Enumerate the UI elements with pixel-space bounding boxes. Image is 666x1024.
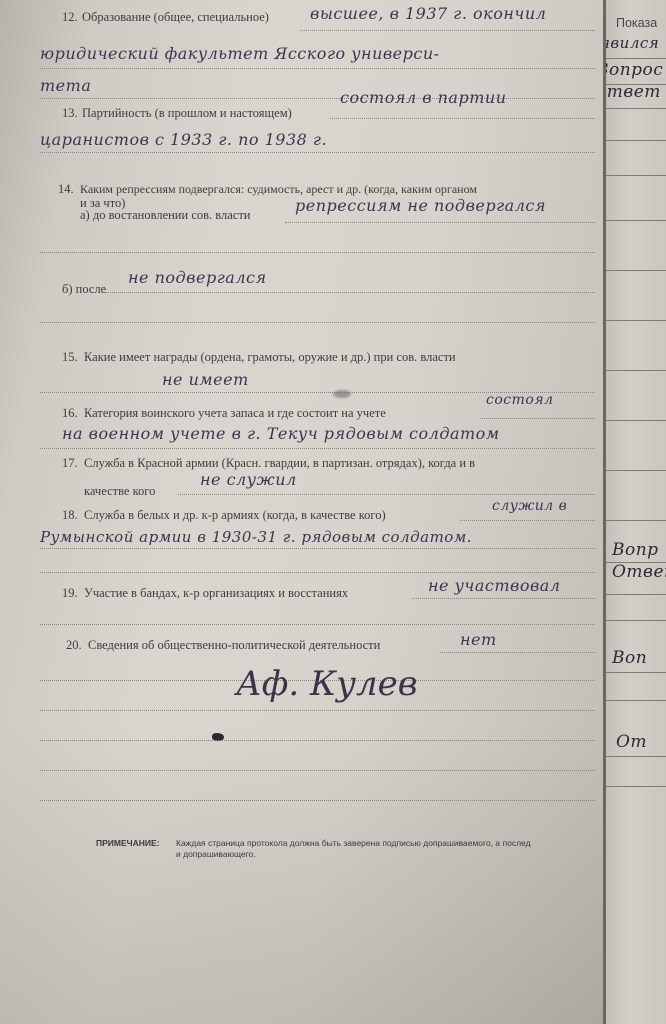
answer-rule bbox=[40, 572, 595, 573]
answer-rule bbox=[178, 494, 595, 495]
right-rule bbox=[606, 594, 666, 595]
ink-smudge bbox=[333, 390, 351, 398]
answer-rule bbox=[40, 624, 595, 625]
answer-rule bbox=[40, 740, 595, 741]
item-13-answer-2: царанистов с 1933 г. по 1938 г. bbox=[40, 130, 327, 149]
item-14-number: 14. bbox=[58, 182, 74, 197]
answer-rule bbox=[440, 652, 595, 653]
item-14-sub-b: б) после bbox=[62, 282, 106, 297]
item-16-number: 16. bbox=[62, 406, 78, 421]
answer-rule bbox=[285, 222, 595, 223]
item-13-answer-1: состоял в партии bbox=[340, 88, 507, 107]
right-rule bbox=[606, 220, 666, 221]
right-rule bbox=[606, 270, 666, 271]
item-19-answer: не участвовал bbox=[428, 576, 560, 595]
left-page: 12. Образование (общее, специальное) выс… bbox=[0, 0, 606, 1024]
answer-rule bbox=[412, 598, 595, 599]
item-12-label: Образование (общее, специальное) bbox=[82, 10, 269, 25]
item-17-answer: не служил bbox=[200, 470, 297, 489]
answer-rule bbox=[40, 68, 595, 69]
right-hand-2: Вопрос bbox=[606, 60, 663, 80]
item-15-number: 15. bbox=[62, 350, 78, 365]
item-18-label: Служба в белых и др. к-р армиях (когда, … bbox=[84, 508, 386, 523]
answer-rule bbox=[40, 800, 595, 801]
item-18-answer-1: служил в bbox=[492, 498, 567, 514]
right-page: Показа явился Вопрос ответ Вопр Ответ Во… bbox=[606, 0, 666, 1024]
right-hand-5: Ответ bbox=[612, 562, 666, 582]
item-12-answer-3: тета bbox=[40, 76, 91, 95]
item-15-answer: не имеет bbox=[162, 370, 249, 389]
ink-blot bbox=[212, 733, 224, 741]
item-18-answer-2: Румынской армии в 1930-31 г. рядовым сол… bbox=[40, 528, 472, 546]
right-page-header: Показа bbox=[616, 16, 657, 30]
signature: Аф. Кулев bbox=[236, 664, 418, 704]
item-12-number: 12. bbox=[62, 10, 78, 25]
item-17-label-cont: качестве кого bbox=[84, 484, 155, 499]
answer-rule bbox=[480, 418, 595, 419]
answer-rule bbox=[40, 98, 595, 99]
answer-rule bbox=[40, 322, 595, 323]
answer-rule bbox=[40, 770, 595, 771]
item-13-label: Партийность (в прошлом и настоящем) bbox=[82, 106, 292, 121]
right-rule bbox=[606, 786, 666, 787]
right-hand-3: ответ bbox=[606, 82, 661, 102]
item-20-answer: нет bbox=[460, 630, 497, 649]
right-hand-6: Воп bbox=[612, 648, 647, 668]
right-rule bbox=[606, 420, 666, 421]
answer-rule bbox=[40, 710, 595, 711]
right-rule bbox=[606, 620, 666, 621]
note-text-line-1: Каждая страница протокола должна быть за… bbox=[176, 838, 531, 848]
item-20-label: Сведения об общественно-политической дея… bbox=[88, 638, 380, 653]
item-14-label: Каким репрессиям подвергался: судимость,… bbox=[80, 182, 477, 197]
item-19-number: 19. bbox=[62, 586, 78, 601]
note-text-line-2: и допрашивающего. bbox=[176, 849, 256, 859]
right-rule bbox=[606, 756, 666, 757]
item-12-answer-2: юридический факультет Ясского универси- bbox=[40, 44, 440, 63]
item-20-number: 20. bbox=[66, 638, 82, 653]
note-label: ПРИМЕЧАНИЕ: bbox=[96, 838, 160, 848]
right-hand-1: явился bbox=[606, 34, 659, 52]
answer-rule bbox=[460, 520, 595, 521]
right-rule bbox=[606, 175, 666, 176]
right-rule bbox=[606, 520, 666, 521]
item-17-label: Служба в Красной армии (Красн. гвардии, … bbox=[84, 456, 475, 471]
item-16-answer-2: на военном учете в г. Текуч рядовым солд… bbox=[62, 424, 500, 443]
item-14-answer-b: не подвергался bbox=[128, 268, 267, 287]
item-18-number: 18. bbox=[62, 508, 78, 523]
item-12-answer-1: высшее, в 1937 г. окончил bbox=[310, 4, 546, 23]
right-rule bbox=[606, 700, 666, 701]
item-16-label: Категория воинского учета запаса и где с… bbox=[84, 406, 386, 421]
item-14-answer-a: репрессиям не подвергался bbox=[295, 196, 546, 215]
right-rule bbox=[606, 470, 666, 471]
right-rule bbox=[606, 140, 666, 141]
answer-rule bbox=[40, 548, 595, 549]
item-14-sub-a: а) до востановлении сов. власти bbox=[80, 208, 251, 223]
answer-rule bbox=[300, 30, 595, 31]
item-17-number: 17. bbox=[62, 456, 78, 471]
right-rule bbox=[606, 108, 666, 109]
right-rule bbox=[606, 58, 666, 59]
right-rule bbox=[606, 370, 666, 371]
item-15-label: Какие имеет награды (ордена, грамоты, ор… bbox=[84, 350, 456, 365]
right-rule bbox=[606, 320, 666, 321]
item-16-answer-1: состоял bbox=[486, 392, 554, 408]
answer-rule bbox=[330, 118, 595, 119]
right-hand-4: Вопр bbox=[612, 540, 659, 560]
right-rule bbox=[606, 672, 666, 673]
answer-rule bbox=[40, 448, 595, 449]
item-13-number: 13. bbox=[62, 106, 78, 121]
right-hand-7: От bbox=[616, 732, 647, 752]
answer-rule bbox=[40, 152, 595, 153]
answer-rule bbox=[40, 252, 595, 253]
answer-rule bbox=[105, 292, 595, 293]
item-19-label: Участие в бандах, к-р организациях и вос… bbox=[84, 586, 348, 601]
